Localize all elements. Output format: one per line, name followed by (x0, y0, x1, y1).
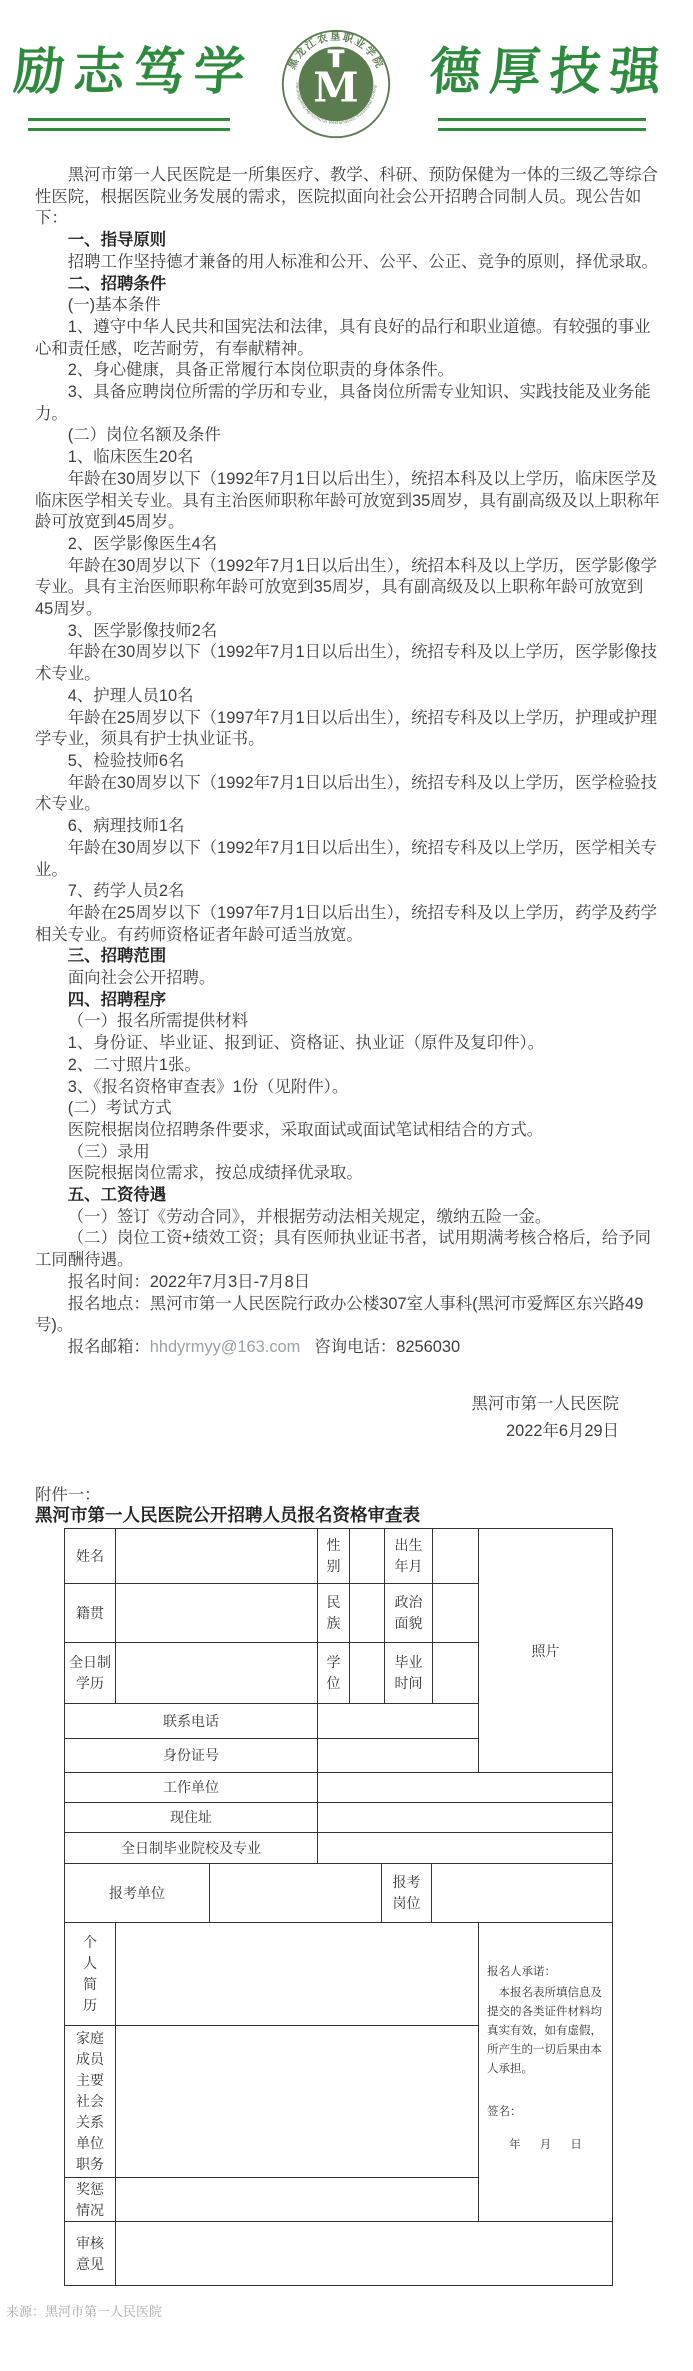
family-label: 家庭 成员 主要 社会 关系 单位 职务 (65, 2026, 116, 2178)
section-heading: 二、招聘条件 (35, 274, 660, 296)
paragraph: 2、身心健康，具备正常履行本岗位职责的身体条件。 (35, 360, 660, 382)
signature-date: 2022年6月29日 (471, 1418, 619, 1445)
signature-block: 黑河市第一人民医院 2022年6月29日 (471, 1391, 619, 1445)
school-major-label: 全日制毕业院校及专业 (65, 1833, 318, 1864)
application-form-table: 姓名 性 别 出生 年月 籍贯 民 族 政治 面貌 全日制 学历 学 位 毕业 … (64, 1528, 613, 2286)
email-label: 报名邮箱： (68, 1338, 150, 1356)
table-row: 现住址 (65, 1803, 613, 1833)
paragraph: 3、《报名资格审查表》1份（见附件）。 (35, 1077, 660, 1099)
paragraph: 6、病理技师1名 (35, 816, 660, 838)
section-heading: 五、工资待遇 (35, 1185, 660, 1207)
paragraph: （一）报名所需提供材料 (35, 1011, 660, 1033)
birth-label: 出生 年月 (385, 1529, 433, 1584)
ethnicity-value-cell (350, 1584, 385, 1643)
address-value-cell (318, 1803, 613, 1833)
paragraph: 医院根据岗位招聘条件要求，采取面试或面试笔试相结合的方式。 (35, 1120, 660, 1142)
photo-label: 照片 (532, 1641, 560, 1661)
section-heading: 一、指导原则 (35, 230, 660, 252)
apply-post-label: 报考 岗位 (382, 1864, 432, 1923)
apply-unit-value-cell (210, 1864, 382, 1923)
family-value-cell (116, 2026, 479, 2178)
fulltime-edu-value-cell (116, 1643, 318, 1704)
college-logo: 黑龙江农垦职业学院 Heilongjiang Agricultural Recl… (280, 28, 392, 140)
name-label: 姓名 (65, 1529, 116, 1584)
promise-body: 本报名表所填信息及提交的各类证件材料均真实有效，如有虚假，所产生的一切后果由本人… (487, 1984, 604, 2079)
paragraph: 1、身份证、毕业证、报到证、资格证、执业证（原件及复印件）。 (35, 1033, 660, 1055)
paragraph: 年龄在30周岁以下（1992年7月1日以后出生），统招专科及以上学历，医学影像技… (35, 642, 660, 685)
paragraph: 7、药学人员2名 (35, 881, 660, 903)
paragraph: (二）考试方式 (35, 1098, 660, 1120)
rewards-label: 奖惩 情况 (65, 2178, 116, 2222)
paragraph: 黑河市第一人民医院是一所集医疗、教学、科研、预防保健为一体的三级乙等综合性医院，… (35, 165, 660, 230)
table-row: 审核 意见 (65, 2222, 613, 2286)
name-value-cell (116, 1529, 318, 1584)
native-place-label: 籍贯 (65, 1584, 116, 1643)
paragraph: 5、检验技师6名 (35, 751, 660, 773)
college-logo-badge: 黑龙江农垦职业学院 Heilongjiang Agricultural Recl… (280, 28, 392, 140)
right-motto-underline (438, 118, 646, 131)
section-heading: 四、招聘程序 (35, 990, 660, 1012)
political-label: 政治 面貌 (385, 1584, 433, 1643)
promise-date-blanks: 年 月 日 (487, 2136, 604, 2155)
paragraph: 报名时间：2022年7月3日-7月8日 (35, 1272, 660, 1294)
paragraph: 报名地点：黑河市第一人民医院行政办公楼307室人事科(黑河市爱辉区东兴路49号)… (35, 1294, 660, 1337)
paragraph: 2、医学影像医生4名 (35, 534, 660, 556)
paragraph: （二）岗位工资+绩效工资；具有医师执业证书者，试用期满考核合格后，给予同工同酬待… (35, 1228, 660, 1271)
paragraph: 1、临床医生20名 (35, 447, 660, 469)
gender-value-cell (350, 1529, 385, 1584)
degree-value-cell (350, 1643, 385, 1704)
paragraph: 3、具备应聘岗位所需的学历和专业，具备岗位所需专业知识、实践技能及业务能力。 (35, 382, 660, 425)
grad-time-label: 毕业 时间 (385, 1643, 433, 1704)
phone-value-cell (318, 1704, 479, 1739)
promise-sign-label: 签名： (487, 2103, 604, 2122)
paragraph: 3、医学影像技师2名 (35, 621, 660, 643)
paragraph: 年龄在30周岁以下（1992年7月1日以后出生），统招本科及以上学历，临床医学及… (35, 469, 660, 534)
ethnicity-label: 民 族 (318, 1584, 350, 1643)
paragraph: 年龄在30周岁以下（1992年7月1日以后出生），统招本科及以上学历，医学影像学… (35, 556, 660, 621)
degree-label: 学 位 (318, 1643, 350, 1704)
section-heading: 三、招聘范围 (35, 946, 660, 968)
paragraph: (二）岗位名额及条件 (35, 425, 660, 447)
announcement-page: 励志笃学 德厚技强 黑龙江农垦职业学院 Heilongjiang Agricul… (0, 0, 693, 2371)
political-value-cell (433, 1584, 479, 1643)
signature-org: 黑河市第一人民医院 (471, 1391, 619, 1418)
id-number-value-cell (318, 1739, 479, 1773)
photo-cell: 照片 (479, 1529, 613, 1773)
paragraph: 招聘工作坚持德才兼备的用人标准和公开、公平、公正、竞争的原则，择优录取。 (35, 252, 660, 274)
birth-value-cell (433, 1529, 479, 1584)
grad-time-value-cell (433, 1643, 479, 1704)
paragraph: 4、护理人员10名 (35, 686, 660, 708)
apply-unit-label: 报考单位 (65, 1864, 210, 1923)
native-place-value-cell (116, 1584, 318, 1643)
promise-cell: 报名人承诺： 本报名表所填信息及提交的各类证件材料均真实有效，如有虚假，所产生的… (479, 1923, 613, 2222)
review-value-cell (116, 2222, 613, 2286)
paragraph: 年龄在30周岁以下（1992年7月1日以后出生），统招专科及以上学历，医学相关专… (35, 838, 660, 881)
contact-line: 报名邮箱：hhdyrmyy@163.com咨询电话：8256030 (35, 1337, 660, 1359)
address-label: 现住址 (65, 1803, 318, 1833)
header-banner: 励志笃学 德厚技强 黑龙江农垦职业学院 Heilongjiang Agricul… (0, 0, 693, 152)
apply-post-value-cell (432, 1864, 613, 1923)
logo-monogram: M (313, 63, 358, 112)
work-unit-value-cell (318, 1773, 613, 1803)
source-line: 来源：黑河市第一人民医院 (6, 2301, 162, 2320)
resume-value-cell (116, 1923, 479, 2026)
school-major-value-cell (318, 1833, 613, 1864)
paragraph: （一）签订《劳动合同》，并根据劳动法相关规定，缴纳五险一金。 (35, 1207, 660, 1229)
id-number-label: 身份证号 (65, 1739, 318, 1773)
paragraph: 年龄在25周岁以下（1997年7月1日以后出生），统招专科及以上学历，药学及药学… (35, 903, 660, 946)
fulltime-edu-label: 全日制 学历 (65, 1643, 116, 1704)
phone-label: 咨询电话：8256030 (314, 1338, 460, 1356)
paragraph: 医院根据岗位需求，按总成绩择优录取。 (35, 1163, 660, 1185)
gender-label: 性 别 (318, 1529, 350, 1584)
review-label: 审核 意见 (65, 2222, 116, 2286)
email-link[interactable]: hhdyrmyy@163.com (150, 1338, 301, 1356)
paragraph: (一)基本条件 (35, 295, 660, 317)
resume-label: 个 人 简 历 (65, 1923, 116, 2026)
left-motto: 励志笃学 (11, 30, 256, 104)
paragraph: 1、遵守中华人民共和国宪法和法律，具有良好的品行和职业道德。有较强的事业心和责任… (35, 317, 660, 360)
announcement-body: 黑河市第一人民医院是一所集医疗、教学、科研、预防保健为一体的三级乙等综合性医院，… (35, 165, 660, 1359)
form-table-title: 黑河市第一人民医院公开招聘人员报名资格审查表 (35, 1502, 420, 1527)
promise-title: 报名人承诺： (487, 1963, 604, 1982)
paragraph: （三）录用 (35, 1142, 660, 1164)
work-unit-label: 工作单位 (65, 1773, 318, 1803)
right-motto: 德厚技强 (427, 30, 672, 104)
left-motto-underline (28, 118, 230, 131)
rewards-value-cell (116, 2178, 479, 2222)
table-row: 报考单位 报考 岗位 (65, 1864, 613, 1923)
table-row: 全日制毕业院校及专业 (65, 1833, 613, 1864)
paragraph: 年龄在25周岁以下（1997年7月1日以后出生），统招专科及以上学历，护理或护理… (35, 708, 660, 751)
paragraph: 2、二寸照片1张。 (35, 1055, 660, 1077)
paragraph: 面向社会公开招聘。 (35, 968, 660, 990)
paragraph: 年龄在30周岁以下（1992年7月1日以后出生），统招专科及以上学历，医学检验技… (35, 773, 660, 816)
phone-label-cell: 联系电话 (65, 1704, 318, 1739)
table-row: 工作单位 (65, 1773, 613, 1803)
